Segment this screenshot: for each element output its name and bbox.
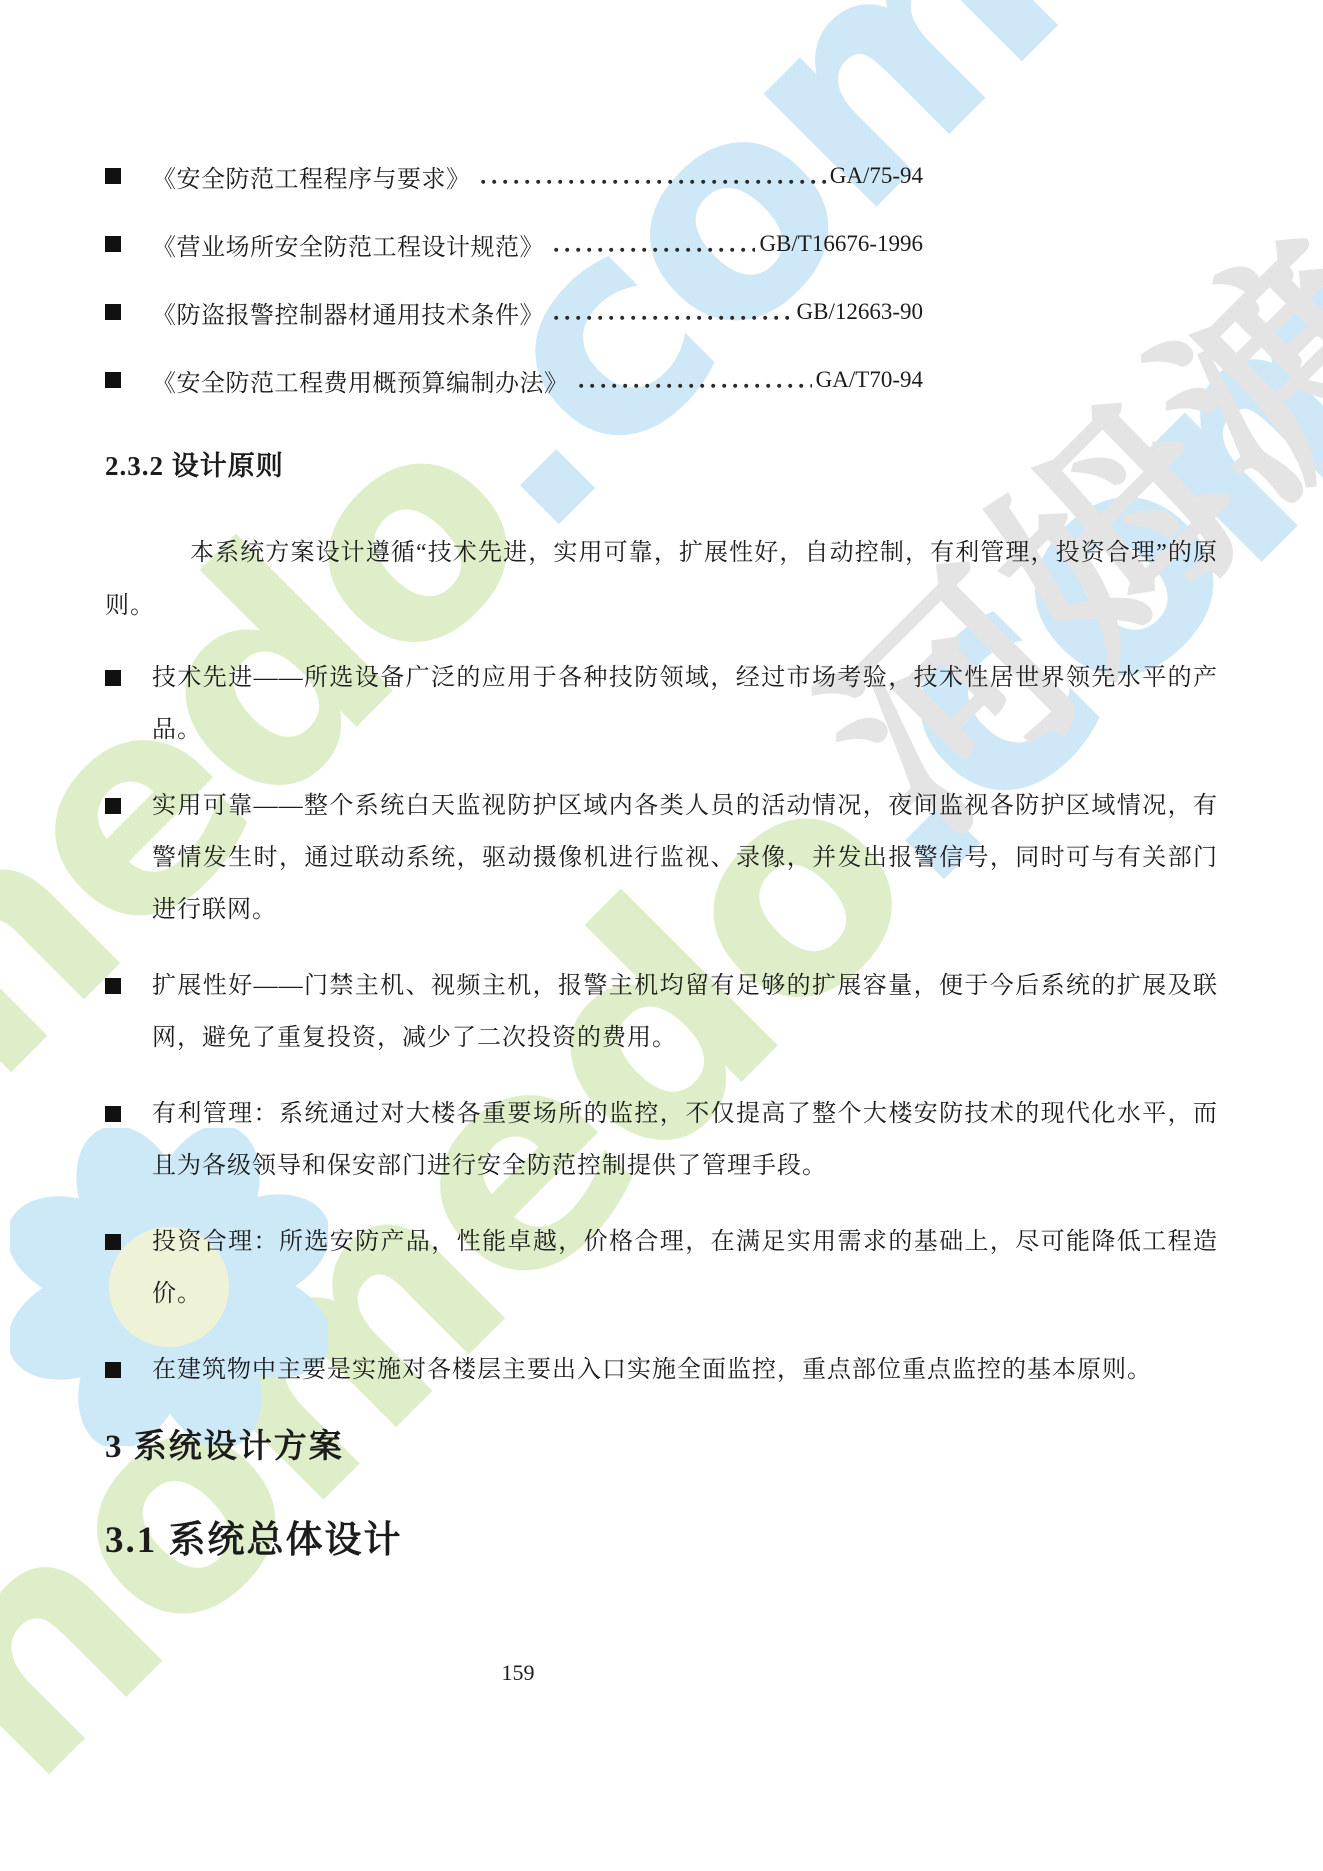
principle-text: 有利管理：系统通过对大楼各重要场所的监控，不仅提高了整个大楼安防技术的现代化水平…: [152, 1101, 1218, 1179]
principles-list: 技术先进——所选设备广泛的应用于各种技防领域，经过市场考验，技术性居世界领先水平…: [105, 652, 1218, 1396]
principle-item: 扩展性好——门禁主机、视频主机，报警主机均留有足够的扩展容量，便于今后系统的扩展…: [105, 960, 1218, 1064]
principle-text: 在建筑物中主要是实施对各楼层主要出入口实施全面监控，重点部位重点监控的基本原则。: [152, 1357, 1152, 1383]
reference-item: 《安全防范工程费用概预算编制办法》 GA/T70-94: [105, 364, 923, 396]
reference-title: 《防盗报警控制器材通用技术条件》: [152, 295, 544, 330]
reference-title: 《安全防范工程费用概预算编制办法》: [152, 363, 569, 398]
document-page: homedo.com homedo.com 河姆渡 《安全防范工程程序与要求》 …: [0, 0, 1323, 1871]
bullet-square-icon: [105, 1234, 121, 1250]
reference-item: 《营业场所安全防范工程设计规范》 GB/T16676-1996: [105, 228, 923, 260]
reference-code: GB/T16676-1996: [759, 231, 923, 257]
principle-item: 有利管理：系统通过对大楼各重要场所的监控，不仅提高了整个大楼安防技术的现代化水平…: [105, 1088, 1218, 1192]
references-list: 《安全防范工程程序与要求》 GA/75-94 《营业场所安全防范工程设计规范》 …: [105, 160, 923, 396]
bullet-square-icon: [105, 304, 121, 320]
reference-code: GA/75-94: [830, 163, 923, 189]
design-principles-intro: 本系统方案设计遵循“技术先进，实用可靠，扩展性好，自动控制，有利管理，投资合理”…: [105, 527, 1218, 633]
dot-leader: [481, 179, 826, 185]
reference-code: GA/T70-94: [816, 367, 923, 393]
bullet-square-icon: [105, 1362, 121, 1378]
reference-code: GB/12663-90: [797, 299, 924, 325]
bullet-square-icon: [105, 372, 121, 388]
principle-text: 扩展性好——门禁主机、视频主机，报警主机均留有足够的扩展容量，便于今后系统的扩展…: [152, 973, 1218, 1051]
section-heading: 3.1 系统总体设计: [105, 1509, 1218, 1563]
dot-leader: [554, 247, 755, 253]
bullet-square-icon: [105, 236, 121, 252]
bullet-square-icon: [105, 798, 121, 814]
bullet-square-icon: [105, 168, 121, 184]
principle-item: 实用可靠——整个系统白天监视防护区域内各类人员的活动情况，夜间监视各防护区域情况…: [105, 780, 1218, 936]
dot-leader: [579, 383, 812, 389]
bullet-square-icon: [105, 1106, 121, 1122]
principle-item: 在建筑物中主要是实施对各楼层主要出入口实施全面监控，重点部位重点监控的基本原则。: [105, 1344, 1218, 1396]
bullet-square-icon: [105, 670, 121, 686]
reference-item: 《防盗报警控制器材通用技术条件》 GB/12663-90: [105, 296, 923, 328]
principle-item: 投资合理：所选安防产品，性能卓越，价格合理，在满足实用需求的基础上，尽可能降低工…: [105, 1216, 1218, 1320]
document-content: 《安全防范工程程序与要求》 GA/75-94 《营业场所安全防范工程设计规范》 …: [0, 0, 1323, 1563]
chapter-heading: 3 系统设计方案: [105, 1420, 1218, 1467]
principle-text: 技术先进——所选设备广泛的应用于各种技防领域，经过市场考验，技术性居世界领先水平…: [152, 665, 1218, 743]
design-principles-heading: 2.3.2 设计原则: [105, 444, 1218, 483]
page-number: 159: [488, 1660, 548, 1686]
principle-text: 投资合理：所选安防产品，性能卓越，价格合理，在满足实用需求的基础上，尽可能降低工…: [152, 1229, 1218, 1307]
principle-item: 技术先进——所选设备广泛的应用于各种技防领域，经过市场考验，技术性居世界领先水平…: [105, 652, 1218, 756]
reference-title: 《安全防范工程程序与要求》: [152, 159, 471, 194]
bullet-square-icon: [105, 978, 121, 994]
reference-title: 《营业场所安全防范工程设计规范》: [152, 227, 544, 262]
dot-leader: [554, 315, 793, 321]
principle-text: 实用可靠——整个系统白天监视防护区域内各类人员的活动情况，夜间监视各防护区域情况…: [152, 793, 1218, 923]
reference-item: 《安全防范工程程序与要求》 GA/75-94: [105, 160, 923, 192]
